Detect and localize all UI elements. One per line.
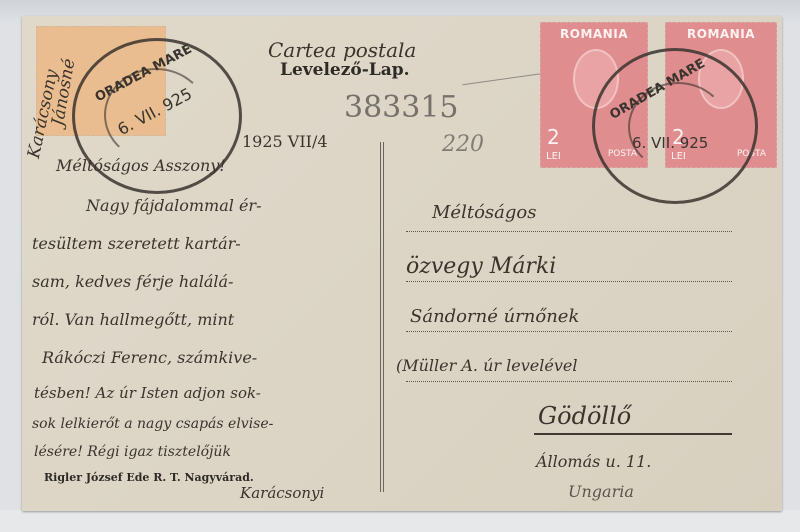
- message-line-6: tésben! Az úr Isten adjon sok-: [34, 384, 261, 402]
- address-dotted-line-1: [406, 231, 732, 232]
- stamp-country: ROMANIA: [666, 27, 776, 41]
- printed-title: Levelező-Lap.: [280, 60, 410, 80]
- address-line-3: Sándorné úrnőnek: [410, 306, 579, 327]
- postcard: Karácsony Jánosné ORADEA MARE 6. VII. 92…: [22, 16, 782, 511]
- stamp-currency: LEI: [546, 151, 561, 162]
- address-line-2: özvegy Márki: [406, 254, 556, 279]
- pencil-stroke: [462, 72, 551, 86]
- message-salutation: Méltóságos Asszony!: [56, 156, 226, 175]
- message-line-4: ról. Van hallmegőtt, mint: [32, 310, 234, 329]
- postmark-right-date: 6. VII. 925: [632, 134, 708, 152]
- address-dotted-line-3: [406, 331, 732, 332]
- center-divider: [380, 142, 384, 492]
- stamp-value: 2: [547, 125, 560, 149]
- handwritten-title: Cartea postala: [268, 38, 416, 62]
- message-signature: Karácsonyi: [240, 484, 324, 502]
- address-dotted-line-4: [406, 381, 732, 382]
- message-line-1: Nagy fájdalommal ér-: [86, 196, 261, 215]
- reference-sub: 220: [442, 132, 484, 157]
- address-dotted-line-2: [406, 281, 732, 282]
- address-street: Állomás u. 11.: [536, 452, 651, 471]
- message-line-8: lésére! Régi igaz tisztelőjük: [34, 444, 231, 460]
- message-line-5: Rákóczi Ferenc, számkive-: [42, 348, 257, 367]
- stamp-country: ROMANIA: [541, 27, 647, 41]
- reference-number: 383315: [344, 90, 459, 125]
- address-city: Gödöllő: [538, 402, 631, 430]
- message-line-2: tesültem szeretett kartár-: [32, 234, 241, 253]
- address-line-4: (Müller A. úr levelével: [396, 356, 577, 375]
- publisher-imprint: Rigler József Ede R. T. Nagyvárad.: [44, 471, 254, 484]
- date-note: 1925 VII/4: [242, 132, 328, 151]
- background-bottom: [0, 510, 800, 532]
- message-line-7: sok lelkierőt a nagy csapás elvise-: [32, 416, 273, 432]
- address-line-1: Méltóságos: [432, 202, 536, 223]
- message-line-3: sam, kedves férje halálá-: [32, 272, 233, 291]
- address-country: Ungaria: [568, 482, 634, 501]
- city-underline: [534, 433, 732, 435]
